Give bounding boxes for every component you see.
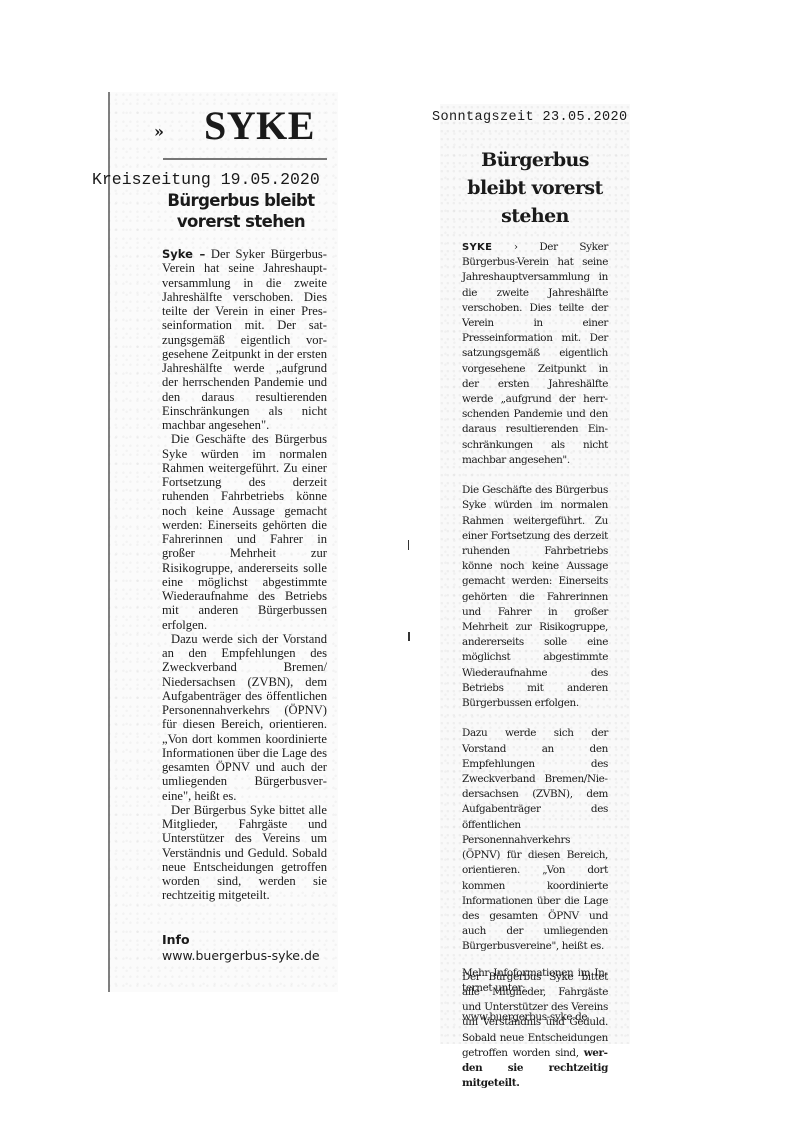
kreiszeitung-clipping: » SYKE Kreiszeitung 19.05.2020 Bürgerbus…	[108, 92, 338, 992]
article-headline: Bürgerbus bleibt vorerst stehen	[440, 146, 630, 230]
sonntagszeit-clipping: Sonntagszeit 23.05.2020 Bürgerbus bleibt…	[440, 104, 630, 1044]
headline-line: Bürgerbus	[481, 149, 589, 171]
article-paragraph: Die Geschäfte des Bürgerbus Syke würden …	[462, 483, 608, 711]
info-label: Info	[162, 932, 332, 948]
info-box: Info www.buergerbus-syke.de	[162, 932, 332, 964]
headline-line: Bürgerbus bleibt	[167, 191, 314, 210]
article-paragraph: Dazu werde sich der Vorstand an den Empf…	[462, 726, 608, 954]
article-headline: Bürgerbus bleibt vorerst stehen	[156, 190, 326, 232]
article-paragraph: Die Geschäfte des Bürger­bus Syke würden…	[162, 432, 327, 632]
more-info-text: Mehr Infoformationen im In­ternet unter:	[462, 966, 608, 996]
dateline: Syke –	[162, 247, 205, 261]
source-stamp: Sonntagszeit 23.05.2020	[432, 110, 628, 126]
article-paragraph: Der Bürgerbus Syke bittet alle Mitgliede…	[162, 803, 327, 903]
section-divider	[163, 158, 327, 160]
source-stamp: Kreiszeitung 19.05.2020	[92, 170, 320, 190]
clipping-edge-rule	[108, 92, 110, 992]
info-url: www.buergerbus-syke.de	[462, 1010, 587, 1025]
article-paragraph: SYKE › Der Syker Bürgerbus-Verein hat se…	[462, 240, 608, 468]
scan-mark	[408, 540, 409, 550]
headline-line: vorerst stehen	[177, 212, 305, 231]
dateline: SYKE	[462, 242, 492, 253]
info-url: www.buergerbus-syke.de	[162, 948, 320, 963]
section-title: SYKE	[204, 104, 315, 148]
headline-line: bleibt vorerst	[467, 177, 602, 199]
article-paragraph: Dazu werde sich der Vor­stand an den Emp…	[162, 632, 327, 803]
article-paragraph: Syke – Der Syker Bürger­bus-Verein hat s…	[162, 247, 327, 432]
article-body: Syke – Der Syker Bürger­bus-Verein hat s…	[162, 247, 327, 903]
headline-line: stehen	[501, 205, 569, 227]
scan-mark	[408, 632, 410, 641]
section-marker-icon: »	[154, 122, 164, 141]
